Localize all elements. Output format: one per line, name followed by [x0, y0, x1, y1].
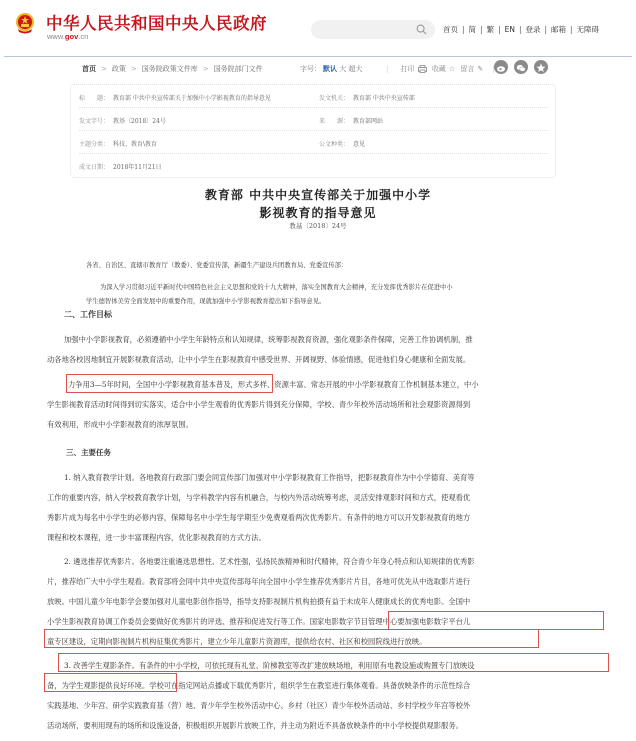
info-label: 来 源：: [319, 118, 349, 125]
document-number: 教基〔2018〕24号: [0, 221, 636, 230]
font-size-label: 字号：: [300, 65, 321, 73]
text-run: 小学生影视教育协调工作委员会要做好优秀影片的评选、推荐和促进发行等工作。: [47, 617, 310, 626]
separator: |: [480, 25, 483, 34]
url-suffix: .cn: [78, 32, 88, 41]
section-heading-goals: 二、工作目标: [64, 309, 112, 320]
document-title-line2: 影视教育的指导意见: [0, 204, 636, 221]
info-row-date: 成文日期：2018年11月21日: [79, 154, 549, 177]
article-tools: | 打印 收藏☆ 留言✎ |: [376, 64, 499, 74]
info-label: 公文种类：: [319, 141, 349, 148]
goals-p2-line-3: 有效利用，形成中小学影视教育的浓厚氛围。: [47, 421, 193, 428]
font-size-large[interactable]: 大: [339, 65, 346, 73]
separator: |: [498, 25, 501, 34]
info-value: 教基〔2018〕24号: [113, 118, 166, 125]
info-label: 发文机关：: [319, 95, 349, 102]
search-input[interactable]: [311, 20, 435, 39]
link-english[interactable]: EN: [505, 25, 515, 34]
document-title-line1: 教育部 中共中央宣传部关于加强中小学: [0, 186, 636, 203]
highlight-box: [58, 653, 609, 672]
info-date: 成文日期：2018年11月21日: [79, 162, 162, 171]
favorite-label: 收藏: [432, 65, 446, 73]
task2-line-1: 2. 遴选推荐优秀影片。各地要注重遴选思想性、艺术性强，弘扬民族精神和时代精神，…: [64, 558, 475, 565]
qzone-icon[interactable]: [534, 60, 548, 74]
task2-line-3: 放映。中国儿童少年电影学会要加强对儿童电影创作指导，指导支持影视制片机构拍摄有益…: [47, 598, 470, 605]
section-heading-tasks: 三、主要任务: [66, 447, 111, 458]
info-row-topic: 主题分类：科技、教育\教育 公文种类：意见: [79, 131, 549, 154]
favorite-button[interactable]: 收藏☆: [432, 65, 458, 73]
highlight-box: [66, 374, 273, 393]
link-traditional[interactable]: 繁: [487, 25, 495, 34]
info-title: 标 题：教育部 中共中央宣传部关于加强中小学影视教育的指导意见: [79, 93, 271, 102]
link-login[interactable]: 登录: [525, 25, 540, 34]
print-label: 打印: [401, 65, 415, 73]
info-issuer: 发文机关：教育部 中共中央宣传部: [319, 93, 415, 102]
info-value: 2018年11月21日: [113, 164, 162, 171]
info-label: 成文日期：: [79, 164, 109, 171]
url-brand: gov: [65, 32, 78, 41]
print-button[interactable]: 打印: [401, 65, 430, 73]
task1-line-2: 工作的重要内容，纳入学校教育教学计划，与学科教学内容有机融合，与校内外活动统筹考…: [47, 494, 470, 501]
info-row-title: 标 题：教育部 中共中央宣传部关于加强中小学影视教育的指导意见 发文机关：教育部…: [79, 85, 549, 108]
site-url: www.gov.cn: [47, 32, 88, 41]
comment-button[interactable]: 留言✎: [460, 65, 486, 73]
separator: |: [386, 65, 388, 73]
breadcrumb-dept-docs[interactable]: 国务院部门文件: [214, 65, 263, 73]
weibo-icon[interactable]: [494, 60, 508, 74]
url-prefix: www.: [47, 32, 65, 41]
breadcrumb: 首页>政策>国务院政策文件库>国务院部门文件: [82, 64, 263, 74]
document-info-table: 标 题：教育部 中共中央宣传部关于加强中小学影视教育的指导意见 发文机关：教育部…: [70, 84, 556, 178]
task3-line-4: 活动场所，要利用现有的场所和设施设备，积极组织开展影片放映工作，并主动为附近不具…: [47, 722, 463, 729]
printer-icon: [418, 65, 427, 73]
breadcrumb-policy[interactable]: 政策: [112, 65, 126, 73]
task1-line-1: 1. 纳入教育教学计划。各地教育行政部门要会同宣传部门加强对中小学影视教育工作指…: [64, 474, 475, 481]
link-mail[interactable]: 邮箱: [551, 25, 566, 34]
breadcrumb-home[interactable]: 首页: [82, 64, 96, 73]
header-divider: [4, 56, 632, 57]
font-size-default[interactable]: 默认: [323, 64, 337, 73]
breadcrumb-separator: >: [131, 65, 137, 73]
pencil-icon: ✎: [477, 65, 483, 73]
share-icons: [494, 60, 548, 74]
separator: |: [544, 25, 547, 34]
top-links: 首页|简|繁|EN|登录|邮箱|无障碍: [443, 24, 599, 35]
breadcrumb-policy-library[interactable]: 国务院政策文件库: [142, 65, 198, 73]
separator: |: [462, 25, 465, 34]
link-home[interactable]: 首页: [443, 25, 458, 34]
font-size-selector: 字号：默认 大 超大: [300, 64, 362, 74]
task2-line-2: 片，推荐给广大中小学生观看。教育部将会同中共中央宣传部每年向全国中小学生推荐优秀…: [47, 578, 470, 585]
breadcrumb-separator: >: [101, 65, 107, 73]
task1-line-3: 秀影片成为每名中小学生的必修内容，保障每名中小学生每学期至少免费观看两次优秀影片…: [47, 514, 470, 521]
task3-line-3: 实践基地、少年宫、研学实践教育基（营）地、青少年学生校外活动中心、乡村（社区）青…: [47, 702, 470, 709]
info-docno: 发文字号：教基〔2018〕24号: [79, 116, 166, 125]
info-label: 发文字号：: [79, 118, 109, 125]
separator: |: [570, 25, 573, 34]
separator: |: [519, 25, 522, 34]
comment-label: 留言: [460, 65, 474, 73]
breadcrumb-separator: >: [203, 65, 209, 73]
task1-line-4: 课程和校本课程，进一步丰富课程内容，优化影视教育的方式方法。: [47, 534, 266, 541]
goals-p1-line-1: 加强中小学影视教育，必须遵循中小学生年龄特点和认知规律，统筹影视教育资源，强化观…: [64, 336, 473, 343]
info-type: 公文种类：意见: [319, 139, 365, 148]
info-topic: 主题分类：科技、教育\教育: [79, 139, 157, 148]
intro-line-1: 为深入学习贯彻习近平新时代中国特色社会主义思想和党的十九大精神，落实全国教育大会…: [100, 285, 453, 291]
site-title[interactable]: 中华人民共和国中央人民政府: [46, 10, 267, 34]
highlight-box: [44, 629, 539, 648]
info-value: 意见: [353, 141, 365, 148]
search-icon[interactable]: [416, 24, 427, 35]
info-value: 教育部 中共中央宣传部: [353, 95, 415, 102]
text-run: 形式多样、资源丰富、常态开展的中小学影视教育工作机制基本建立，中小: [238, 380, 479, 389]
star-icon: ☆: [449, 65, 455, 73]
site-header: 中华人民共和国中央人民政府 www.gov.cn 首页|简|繁|EN|登录|邮箱…: [0, 0, 636, 46]
goals-p2-line-2: 学生影视教育活动时间得到切实落实，适合中小学生观看的优秀影片得到充分保障，学校、…: [47, 401, 470, 408]
intro-line-2: 学生德智体美劳全面发展中的重要作用，现就加强中小学影视教育提出如下指导意见。: [86, 299, 325, 305]
link-simplified[interactable]: 简: [469, 25, 477, 34]
info-label: 主题分类：: [79, 141, 109, 148]
info-source: 来 源：教育部网站: [319, 116, 383, 125]
info-value: 教育部 中共中央宣传部关于加强中小学影视教育的指导意见: [113, 95, 271, 102]
font-size-xlarge[interactable]: 超大: [348, 65, 362, 73]
info-value: 科技、教育\教育: [113, 141, 157, 148]
highlight-box: [44, 673, 177, 692]
wechat-icon[interactable]: [514, 60, 528, 74]
highlight-box: [388, 611, 604, 630]
link-accessibility[interactable]: 无障碍: [577, 25, 600, 34]
info-label: 标 题：: [79, 95, 109, 102]
recipients: 各省、自治区、直辖市教育厅（教委）、党委宣传部，新疆生产建设兵团教育局、党委宣传…: [86, 263, 347, 269]
goals-p1-line-2: 动各地各校因地制宜开展影视教育活动，让中小学生在影视教育中感受世界、开阔视野、体…: [47, 356, 470, 363]
info-value: 教育部网站: [353, 118, 383, 125]
text-run: 学校可在指定网站点播或下载优秀影片，组织学生在教室进行集体观看。具备放映条件的示…: [149, 681, 470, 690]
info-row-docno: 发文字号：教基〔2018〕24号 来 源：教育部网站: [79, 108, 549, 131]
national-emblem-icon: [15, 12, 35, 34]
